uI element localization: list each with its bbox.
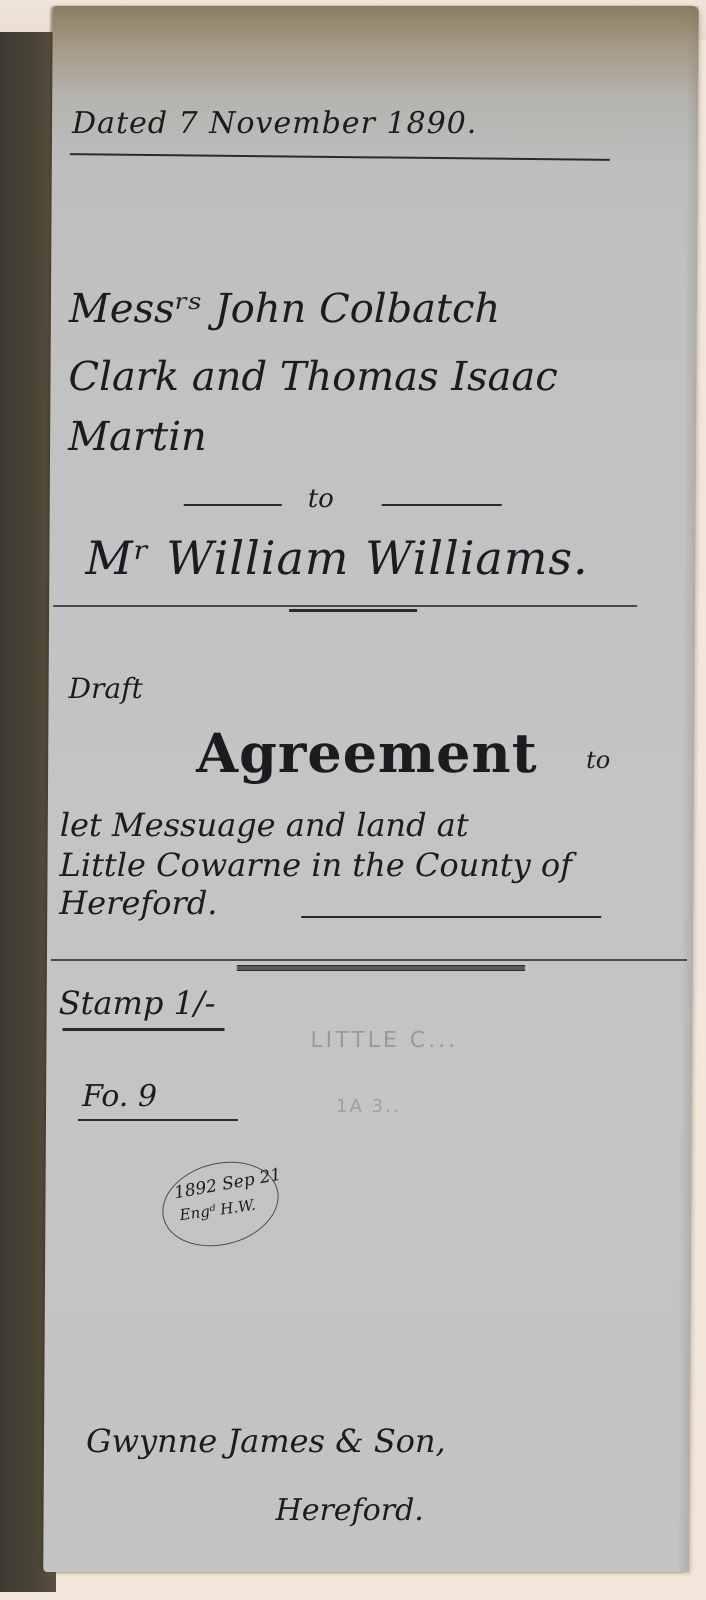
stamp-duty: Stamp 1/- xyxy=(59,984,216,1022)
section-divider-2-double xyxy=(237,965,525,971)
description-line-1: let Messuage and land at xyxy=(60,806,469,844)
description-line-2: Little Cowarne in the County of xyxy=(59,846,572,884)
section-divider xyxy=(53,605,637,607)
grantors-line-1: Messʳˢ John Colbatch xyxy=(69,286,501,332)
grantee-name: Mʳ William Williams. xyxy=(85,531,589,585)
faint-pencil-note-1: LITTLE C... xyxy=(310,1028,458,1053)
stamp-underline xyxy=(63,1028,225,1031)
solicitors-name: Gwynne James & Son, xyxy=(86,1422,446,1460)
folio-underline xyxy=(78,1119,238,1121)
connector-rule-left xyxy=(184,504,282,506)
date-underline xyxy=(70,153,610,161)
faint-pencil-note-2: 1A 3.. xyxy=(336,1096,401,1117)
connector-to: to xyxy=(308,484,334,514)
section-divider-accent xyxy=(289,609,417,612)
document-paper: Dated 7 November 1890. Messʳˢ John Colba… xyxy=(43,6,699,1572)
description-line-3: Hereford. xyxy=(59,884,217,922)
section-divider-2 xyxy=(51,959,687,961)
folio-number: Fo. 9 xyxy=(82,1079,157,1114)
grantors-line-3: Martin xyxy=(68,414,207,460)
grantors-line-2: Clark and Thomas Isaac xyxy=(68,354,557,400)
connector-rule-right xyxy=(382,504,502,506)
paper-edge xyxy=(677,6,699,1572)
draft-label: Draft xyxy=(69,672,143,705)
description-end-rule xyxy=(301,916,601,918)
agreement-heading: Agreement xyxy=(196,721,538,785)
date-line: Dated 7 November 1890. xyxy=(72,106,478,141)
heading-to: to xyxy=(586,746,610,774)
solicitors-place: Hereford. xyxy=(275,1493,423,1528)
